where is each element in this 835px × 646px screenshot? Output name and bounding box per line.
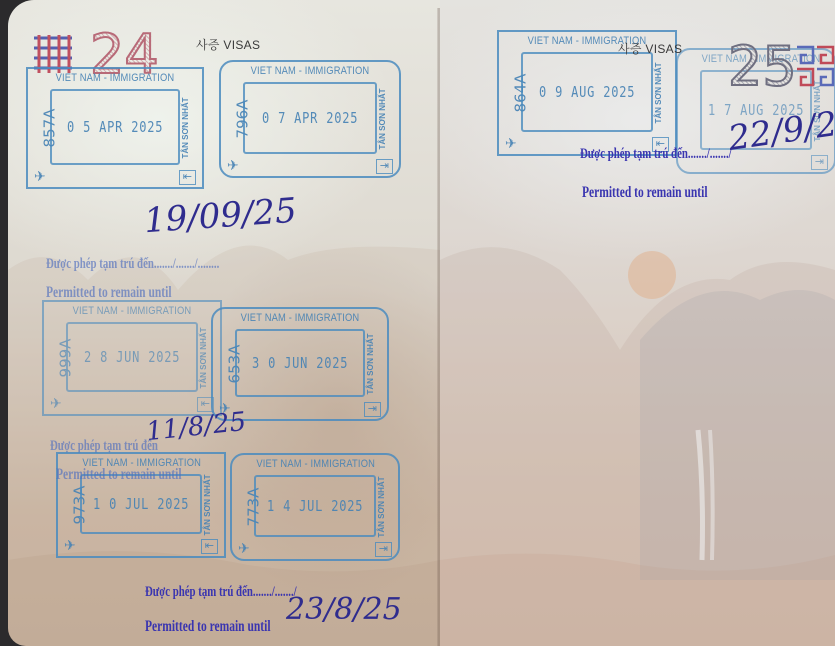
departure-arrow-icon: ⇥ xyxy=(375,542,392,557)
stamp-location: TÂN SƠN NHẤT xyxy=(654,62,663,123)
permit-label-vn: Được phép tạm trú đến......./......./...… xyxy=(46,256,219,273)
stamp-location: TÂN SƠN NHẤT xyxy=(378,88,387,149)
stamp-date: 1 0 JUL 2025 xyxy=(93,495,189,513)
stamp-date: 0 9 AUG 2025 xyxy=(539,83,635,101)
departure-arrow-icon: ⇥ xyxy=(364,402,381,417)
decorative-meander-icon xyxy=(795,45,835,89)
immigration-stamp: VIET NAM - IMMIGRATION 796A 0 7 APR 2025… xyxy=(219,60,401,178)
stamp-location: TÂN SƠN NHẤT xyxy=(203,474,212,535)
plane-icon: ✈ xyxy=(50,395,62,412)
stamp-date: 2 8 JUN 2025 xyxy=(84,348,180,366)
immigration-stamp: VIET NAM - IMMIGRATION 999A 2 8 JUN 2025… xyxy=(42,300,222,416)
permit-label-vn: Được phép tạm trú đến......./......./ xyxy=(145,584,297,601)
page-number: 25 xyxy=(728,40,797,94)
stamp-header: VIET NAM - IMMIGRATION xyxy=(256,458,373,470)
right-passport-page: VIET NAM - IMMIGRATION 864A 0 9 AUG 2025… xyxy=(440,0,835,646)
handwritten-date: 19/09/25 xyxy=(143,191,298,242)
stamp-location: TÂN SƠN NHẤT xyxy=(377,476,386,537)
section-label: 사증 VISAS xyxy=(618,40,682,57)
stamp-date: 1 4 JUL 2025 xyxy=(267,497,363,515)
section-label: 사증 VISAS xyxy=(196,36,260,53)
stamp-header: VIET NAM - IMMIGRATION xyxy=(238,312,362,324)
arrival-arrow-icon: ⇤ xyxy=(179,170,196,185)
handwritten-date: 23/8/25 xyxy=(286,592,402,627)
stamp-header: VIET NAM - IMMIGRATION xyxy=(246,65,374,77)
stamp-date: 3 0 JUN 2025 xyxy=(252,354,348,372)
permit-label-en: Permitted to remain until xyxy=(582,184,708,202)
stamp-header: VIET NAM - IMMIGRATION xyxy=(53,72,177,84)
plane-icon: ✈ xyxy=(238,540,250,557)
stamp-header: VIET NAM - IMMIGRATION xyxy=(69,305,195,317)
stamp-date: 0 7 APR 2025 xyxy=(262,109,358,127)
plane-icon: ✈ xyxy=(34,168,46,185)
left-passport-page: 24 사증 VISAS VIET NAM - IMMIGRATION 857A … xyxy=(8,0,440,646)
plane-icon: ✈ xyxy=(227,157,239,174)
immigration-stamp: VIET NAM - IMMIGRATION 773A 1 4 JUL 2025… xyxy=(230,453,400,561)
plane-icon: ✈ xyxy=(505,135,517,152)
plane-icon: ✈ xyxy=(64,537,76,554)
immigration-stamp: VIET NAM - IMMIGRATION 653A 3 0 JUN 2025… xyxy=(211,307,389,421)
stamp-location: TÂN SƠN NHẤT xyxy=(199,327,208,388)
departure-arrow-icon: ⇥ xyxy=(811,155,828,170)
stamp-date: 0 5 APR 2025 xyxy=(67,118,163,136)
stamp-location: TÂN SƠN NHẤT xyxy=(181,97,190,158)
permit-label-vn: Được phép tạm trú đến......./......./ xyxy=(580,146,732,163)
departure-arrow-icon: ⇥ xyxy=(376,159,393,174)
arrival-arrow-icon: ⇤ xyxy=(201,539,218,554)
permit-label-en: Permitted to remain until xyxy=(145,618,271,636)
permit-label-en: Permitted to remain until xyxy=(56,466,182,484)
immigration-stamp: VIET NAM - IMMIGRATION 857A 0 5 APR 2025… xyxy=(26,67,204,189)
stamp-location: TÂN SƠN NHẤT xyxy=(366,333,375,394)
